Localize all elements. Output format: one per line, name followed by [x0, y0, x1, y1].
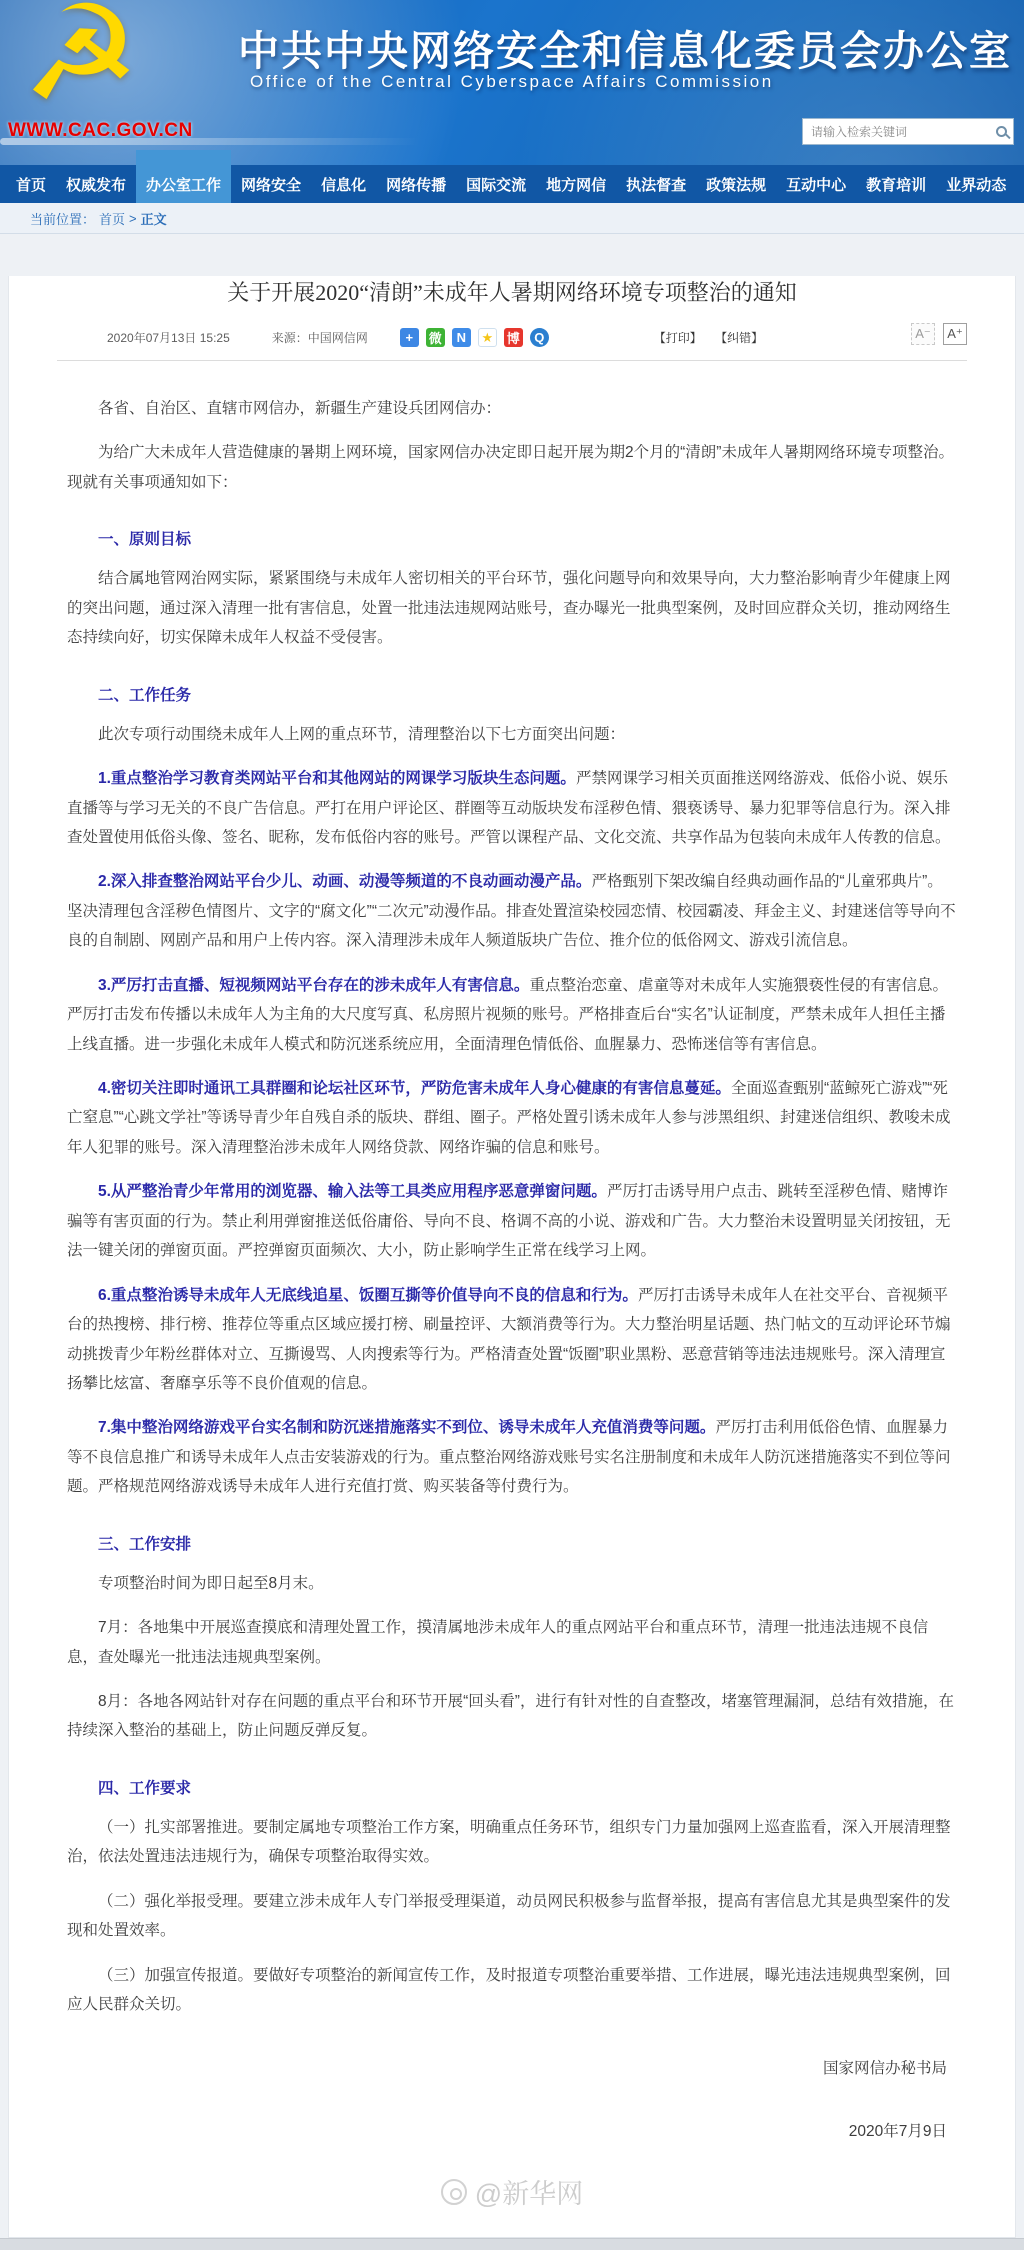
share-plus-icon[interactable]: +	[400, 328, 419, 347]
nav-item-education-training[interactable]: 教育培训	[856, 165, 936, 203]
share-qzone-icon[interactable]: ★	[478, 328, 497, 347]
error-correction-button[interactable]: 【纠错】	[715, 331, 763, 345]
breadcrumb-home-link[interactable]: 首页	[99, 209, 125, 228]
page-footer-strip	[0, 2238, 1024, 2250]
share-bar: + 微 N ★ 博 Q	[400, 328, 549, 347]
breadcrumb-separator: >	[129, 211, 137, 226]
site-title: 中共中央网络安全和信息化委员会办公室	[238, 18, 1012, 77]
task-item-3-lead: 3.严厉打击直播、短视频网站平台存在的涉未成年人有害信息。	[98, 977, 529, 994]
search-box	[802, 118, 1014, 145]
nav-item-informatization[interactable]: 信息化	[311, 165, 376, 203]
search-input[interactable]	[811, 125, 990, 139]
paragraph: 此次专项行动围绕未成年人上网的重点环节，清理整治以下七方面突出问题：	[67, 720, 957, 749]
nav-item-work-special[interactable]: 工作专题	[1016, 165, 1024, 203]
article-source: 来源：中国网信网	[272, 329, 368, 346]
section-heading-4: 四、工作要求	[67, 1776, 957, 1798]
task-item-7-lead: 7.集中整治网络游戏平台实名制和防沉迷措施落实不到位、诱导未成年人充值消费等问题…	[98, 1419, 715, 1436]
paragraph: 8月：各地各网站针对存在问题的重点平台和环节开展“回头看”，进行有针对性的自查整…	[67, 1687, 957, 1746]
task-item-2: 2.深入排查整治网站平台少儿、动画、动漫等频道的不良动画动漫产品。严格甄别下架改…	[67, 867, 957, 955]
site-banner: ☭ 中共中央网络安全和信息化委员会办公室 Office of the Centr…	[0, 0, 1024, 165]
article-body: 各省、自治区、直辖市网信办，新疆生产建设兵团网信办： 为给广大未成年人营造健康的…	[9, 361, 1015, 2146]
article-date: 2020年07月13日 15:25	[107, 329, 230, 346]
breadcrumb-current: 正文	[141, 209, 167, 228]
task-item-1-lead: 1.重点整治学习教育类网站平台和其他网站的网课学习版块生态问题。	[98, 770, 576, 787]
site-subtitle: Office of the Central Cyberspace Affairs…	[250, 72, 774, 92]
nav-item-network-communication[interactable]: 网络传播	[376, 165, 456, 203]
share-qq-icon[interactable]: Q	[530, 328, 549, 347]
article-card: 关于开展2020“清朗”未成年人暑期网络环境专项整治的通知 2020年07月13…	[8, 276, 1016, 2238]
task-item-5-lead: 5.从严整治青少年常用的浏览器、输入法等工具类应用程序恶意弹窗问题。	[98, 1183, 607, 1200]
print-button[interactable]: 【打印】	[654, 331, 702, 345]
font-decrease-button[interactable]: A⁻	[911, 323, 935, 345]
share-weibo-n-icon[interactable]: N	[452, 328, 471, 347]
article-meta-bar: 2020年07月13日 15:25 来源：中国网信网 + 微 N ★ 博 Q 【…	[57, 315, 967, 361]
breadcrumb: 当前位置： 首页 > 正文	[0, 203, 1024, 234]
task-item-7: 7.集中整治网络游戏平台实名制和防沉迷措施落实不到位、诱导未成年人充值消费等问题…	[67, 1413, 957, 1501]
nav-item-industry-trends[interactable]: 业界动态	[936, 165, 1016, 203]
signature-date: 2020年7月9日	[67, 2117, 947, 2146]
xinhua-watermark: @新华网	[9, 2172, 1015, 2211]
article-tools: 【打印】 【纠错】	[654, 329, 773, 346]
task-item-2-lead: 2.深入排查整治网站平台少儿、动画、动漫等频道的不良动画动漫产品。	[98, 873, 591, 890]
article-title: 关于开展2020“清朗”未成年人暑期网络环境专项整治的通知	[49, 276, 975, 307]
nav-item-policy-regulation[interactable]: 政策法规	[696, 165, 776, 203]
weibo-watermark-icon	[441, 2179, 467, 2205]
nav-item-local-netinfo[interactable]: 地方网信	[536, 165, 616, 203]
main-nav: 首页 权威发布 办公室工作 网络安全 信息化 网络传播 国际交流 地方网信 执法…	[0, 165, 1024, 203]
share-sina-weibo-icon[interactable]: 博	[504, 328, 523, 347]
paragraph: （三）加强宣传报道。要做好专项整治的新闻宣传工作，及时报道专项整治重要举措、工作…	[67, 1961, 957, 2020]
search-icon[interactable]	[996, 126, 1007, 137]
share-wechat-icon[interactable]: 微	[426, 328, 445, 347]
task-item-6-lead: 6.重点整治诱导未成年人无底线追星、饭圈互撕等价值导向不良的信息和行为。	[98, 1287, 638, 1304]
font-increase-button[interactable]: A⁺	[943, 323, 967, 345]
party-emblem-icon: ☭	[22, 0, 140, 120]
task-item-4: 4.密切关注即时通讯工具群圈和论坛社区环节，严防危害未成年人身心健康的有害信息蔓…	[67, 1074, 957, 1162]
nav-item-law-enforcement[interactable]: 执法督查	[616, 165, 696, 203]
nav-item-authoritative-release[interactable]: 权威发布	[56, 165, 136, 203]
task-item-5: 5.从严整治青少年常用的浏览器、输入法等工具类应用程序恶意弹窗问题。严厉打击诱导…	[67, 1177, 957, 1265]
task-item-4-lead: 4.密切关注即时通讯工具群圈和论坛社区环节，严防危害未成年人身心健康的有害信息蔓…	[98, 1080, 731, 1097]
paragraph: 7月：各地集中开展巡查摸底和清理处置工作，摸清属地涉未成年人的重点网站平台和重点…	[67, 1613, 957, 1672]
paragraph: 结合属地管网治网实际，紧紧围绕与未成年人密切相关的平台环节，强化问题导向和效果导…	[67, 564, 957, 652]
font-size-controls: A⁻ A⁺	[911, 323, 967, 345]
task-item-1: 1.重点整治学习教育类网站平台和其他网站的网课学习版块生态问题。严禁网课学习相关…	[67, 764, 957, 852]
section-heading-1: 一、原则目标	[67, 527, 957, 549]
watermark-text: @新华网	[475, 2172, 583, 2211]
breadcrumb-label: 当前位置：	[30, 209, 95, 228]
section-heading-2: 二、工作任务	[67, 683, 957, 705]
nav-item-interaction-center[interactable]: 互动中心	[776, 165, 856, 203]
nav-item-home[interactable]: 首页	[6, 165, 56, 203]
salutation: 各省、自治区、直辖市网信办，新疆生产建设兵团网信办：	[67, 394, 957, 423]
paragraph: 专项整治时间为即日起至8月末。	[67, 1569, 957, 1598]
paragraph: （二）强化举报受理。要建立涉未成年人专门举报受理渠道，动员网民积极参与监督举报，…	[67, 1887, 957, 1946]
task-item-6: 6.重点整治诱导未成年人无底线追星、饭圈互撕等价值导向不良的信息和行为。严厉打击…	[67, 1281, 957, 1399]
site-url: WWW.CAC.GOV.CN	[8, 120, 193, 142]
paragraph: （一）扎实部署推进。要制定属地专项整治工作方案，明确重点任务环节，组织专门力量加…	[67, 1813, 957, 1872]
intro-paragraph: 为给广大未成年人营造健康的暑期上网环境，国家网信办决定即日起开展为期2个月的“清…	[67, 438, 957, 497]
nav-item-office-work[interactable]: 办公室工作	[136, 165, 231, 203]
section-heading-3: 三、工作安排	[67, 1532, 957, 1554]
nav-item-cyber-security[interactable]: 网络安全	[231, 165, 311, 203]
nav-item-international-exchange[interactable]: 国际交流	[456, 165, 536, 203]
task-item-3: 3.严厉打击直播、短视频网站平台存在的涉未成年人有害信息。重点整治恋童、虐童等对…	[67, 971, 957, 1059]
signature: 国家网信办秘书局	[67, 2054, 947, 2083]
